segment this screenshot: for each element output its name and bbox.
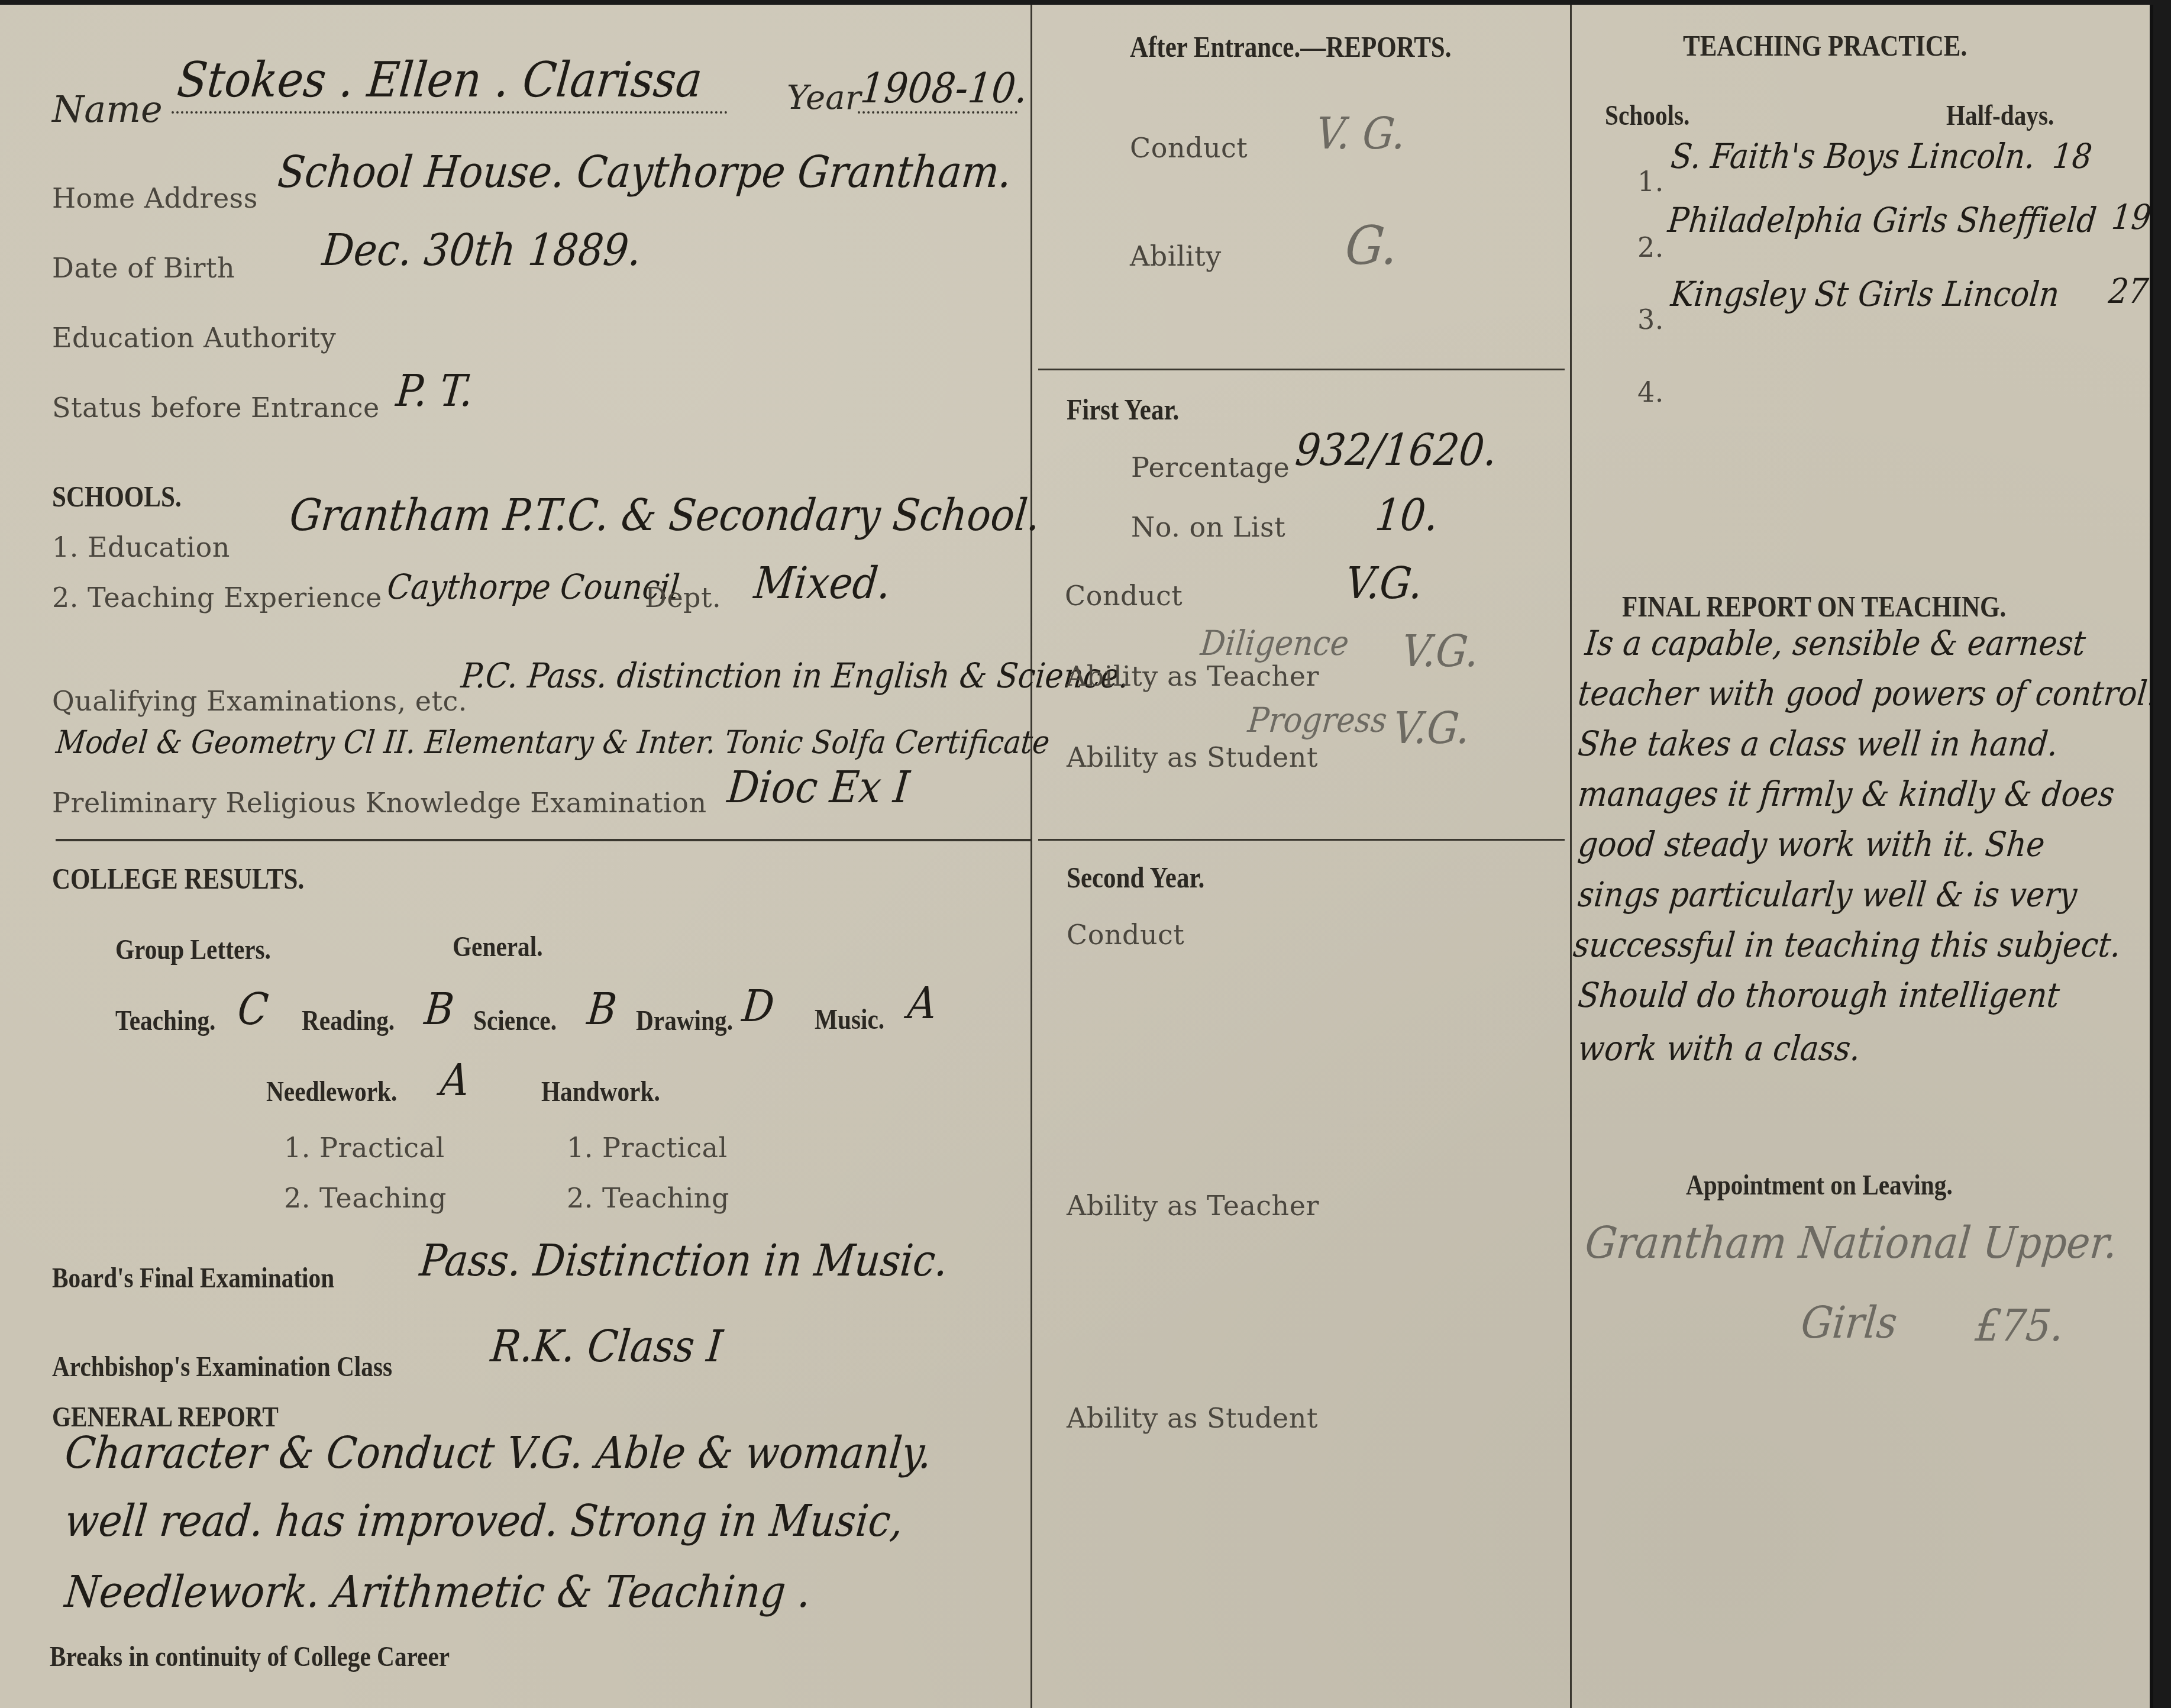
no-on-list-value: 10. [1373, 490, 1440, 541]
first-year-conduct-label: Conduct [1065, 580, 1183, 612]
home-address-value: School House. Caythorpe Grantham. [276, 147, 1014, 198]
second-year-teacher-label: Ability as Teacher [1067, 1190, 1319, 1222]
second-year-conduct-label: Conduct [1067, 919, 1184, 951]
final-report-line: manages it firmly & kindly & does [1576, 774, 2117, 814]
tp-row-halfdays: 27 [2107, 271, 2150, 311]
teaching-practice-heading: TEACHING PRACTICE. [1683, 28, 1967, 63]
grade-drawing-label: Drawing. [636, 1005, 733, 1037]
tp-halfdays-label: Half-days. [1946, 99, 2054, 132]
column-divider-right [1570, 5, 1572, 1708]
needlework-grade: A [438, 1055, 471, 1106]
final-report-line: teacher with good powers of control. [1576, 673, 2153, 713]
first-year-teacher-note: Diligence [1199, 623, 1351, 663]
after-entrance-conduct-label: Conduct [1130, 132, 1248, 164]
handwork-label: Handwork. [541, 1076, 660, 1108]
grade-reading-label: Reading. [302, 1005, 395, 1037]
status-value: P. T. [394, 366, 476, 416]
tp-row-school: Kingsley St Girls Lincoln [1669, 274, 2061, 314]
no-on-list-label: No. on List [1131, 511, 1285, 543]
home-address-label: Home Address [52, 182, 258, 214]
name-label: Name [52, 88, 163, 131]
archbishop-value: R.K. Class I [489, 1321, 725, 1372]
year-value: 1908-10. [858, 64, 1030, 112]
tp-schools-label: Schools. [1605, 99, 1689, 132]
grade-science-label: Science. [473, 1005, 557, 1037]
after-entrance-heading: After Entrance.—REPORTS. [1130, 30, 1452, 64]
percentage-label: Percentage [1131, 451, 1290, 483]
first-year-divider [1038, 369, 1565, 370]
final-report-line: Should do thorough intelligent [1576, 975, 2062, 1015]
handwork-practical: 1. Practical [567, 1132, 728, 1164]
first-year-student-label: Ability as Student [1067, 741, 1318, 773]
qualifying-label: Qualifying Examinations, etc. [52, 685, 467, 717]
dept-value: Mixed. [752, 558, 893, 609]
second-year-divider [1038, 839, 1565, 841]
college-results-divider [56, 839, 1030, 841]
breaks-label: Breaks in continuity of College Career [50, 1641, 450, 1673]
column-divider-left [1030, 5, 1032, 1708]
dob-value: Dec. 30th 1889. [320, 225, 644, 276]
dept-label: Dept. [645, 582, 721, 614]
general-report-line-3: Needlework. Arithmetic & Teaching . [63, 1567, 813, 1617]
after-entrance-ability-label: Ability [1130, 240, 1222, 272]
schools-heading: SCHOOLS. [52, 479, 182, 514]
final-report-line: good steady work with it. She [1576, 824, 2047, 864]
group-letters-label: Group Letters. [115, 934, 271, 966]
boards-final-value: Pass. Distinction in Music. [418, 1235, 950, 1286]
prelim-religious-value: Dioc Ex I [725, 762, 912, 813]
general-label: General. [453, 931, 542, 963]
appointment-line-1: Grantham National Upper. [1583, 1218, 2120, 1268]
appointment-line-2: Girls [1799, 1297, 1899, 1348]
grade-teaching-label: Teaching. [115, 1005, 215, 1037]
general-report-line-1: Character & Conduct V.G. Able & womanly. [63, 1428, 934, 1478]
percentage-value: 932/1620. [1293, 425, 1499, 476]
qualifying-line-1: P.C. Pass. distinction in English & Scie… [460, 656, 1131, 696]
grade-teaching-value: C [235, 984, 270, 1035]
appointment-heading: Appointment on Leaving. [1686, 1169, 1953, 1202]
status-label: Status before Entrance [52, 392, 380, 424]
grade-reading-value: B [422, 984, 456, 1035]
final-report-line: work with a class. [1576, 1028, 1862, 1068]
tp-row-num: 1. [1637, 166, 1664, 198]
first-year-student-value: V.G. [1391, 703, 1472, 754]
final-report-line: sings particularly well & is very [1576, 874, 2079, 915]
tp-row-num: 2. [1637, 231, 1664, 263]
after-entrance-ability-value: G. [1343, 215, 1400, 277]
tp-row-school: S. Faith's Boys Lincoln. [1669, 136, 2037, 176]
needlework-practical: 1. Practical [284, 1132, 445, 1164]
tp-row-school: Philadelphia Girls Sheffield [1666, 200, 2099, 240]
education-authority-label: Education Authority [52, 322, 336, 354]
education-value: Grantham P.T.C. & Secondary School. [287, 490, 1042, 541]
college-results-heading: COLLEGE RESULTS. [52, 861, 304, 896]
teaching-experience-label: 2. Teaching Experience [52, 582, 382, 614]
teaching-experience-value: Caythorpe Council [386, 567, 681, 607]
first-year-student-note: Progress [1246, 700, 1389, 740]
grade-music-label: Music. [815, 1003, 884, 1036]
prelim-religious-label: Preliminary Religious Knowledge Examinat… [52, 787, 707, 819]
needlework-label: Needlework. [266, 1076, 397, 1108]
record-card: Name Stokes . Ellen . Clarissa Year 1908… [0, 5, 2153, 1708]
name-value: Stokes . Ellen . Clarissa [175, 52, 705, 108]
first-year-teacher-label: Ability as Teacher [1067, 660, 1319, 692]
tp-row-num: 4. [1637, 376, 1664, 408]
after-entrance-conduct-value: V. G. [1314, 108, 1408, 159]
first-year-conduct-value: V.G. [1343, 558, 1425, 609]
final-report-line: Is a capable, sensible & earnest [1584, 623, 2088, 663]
tp-row-num: 3. [1637, 303, 1664, 335]
qualifying-line-2: Model & Geometry Cl II. Elementary & Int… [54, 724, 1051, 761]
name-dotted-line [172, 111, 728, 114]
first-year-heading: First Year. [1067, 392, 1179, 427]
final-report-heading: FINAL REPORT ON TEACHING. [1622, 589, 2006, 624]
first-year-teacher-value: V.G. [1400, 626, 1481, 677]
second-year-student-label: Ability as Student [1067, 1402, 1318, 1434]
second-year-heading: Second Year. [1067, 860, 1204, 895]
dob-label: Date of Birth [52, 252, 235, 284]
needlework-teaching: 2. Teaching [284, 1182, 447, 1214]
tp-row-halfdays: 18 [2051, 136, 2094, 176]
grade-drawing-value: D [740, 981, 777, 1032]
education-label: 1. Education [52, 531, 230, 563]
archbishop-label: Archbishop's Examination Class [52, 1351, 392, 1383]
tp-row-halfdays: 19 [2110, 197, 2153, 237]
final-report-line: She takes a class well in hand. [1576, 724, 2060, 764]
handwork-teaching: 2. Teaching [567, 1182, 729, 1214]
general-report-line-2: well read. has improved. Strong in Music… [63, 1496, 906, 1546]
final-report-line: successful in teaching this subject. [1572, 925, 2122, 965]
appointment-salary: £75. [1973, 1300, 2066, 1351]
grade-music-value: A [906, 978, 939, 1029]
boards-final-label: Board's Final Examination [52, 1262, 334, 1294]
year-label: Year [787, 79, 861, 117]
grade-science-value: B [585, 984, 619, 1035]
